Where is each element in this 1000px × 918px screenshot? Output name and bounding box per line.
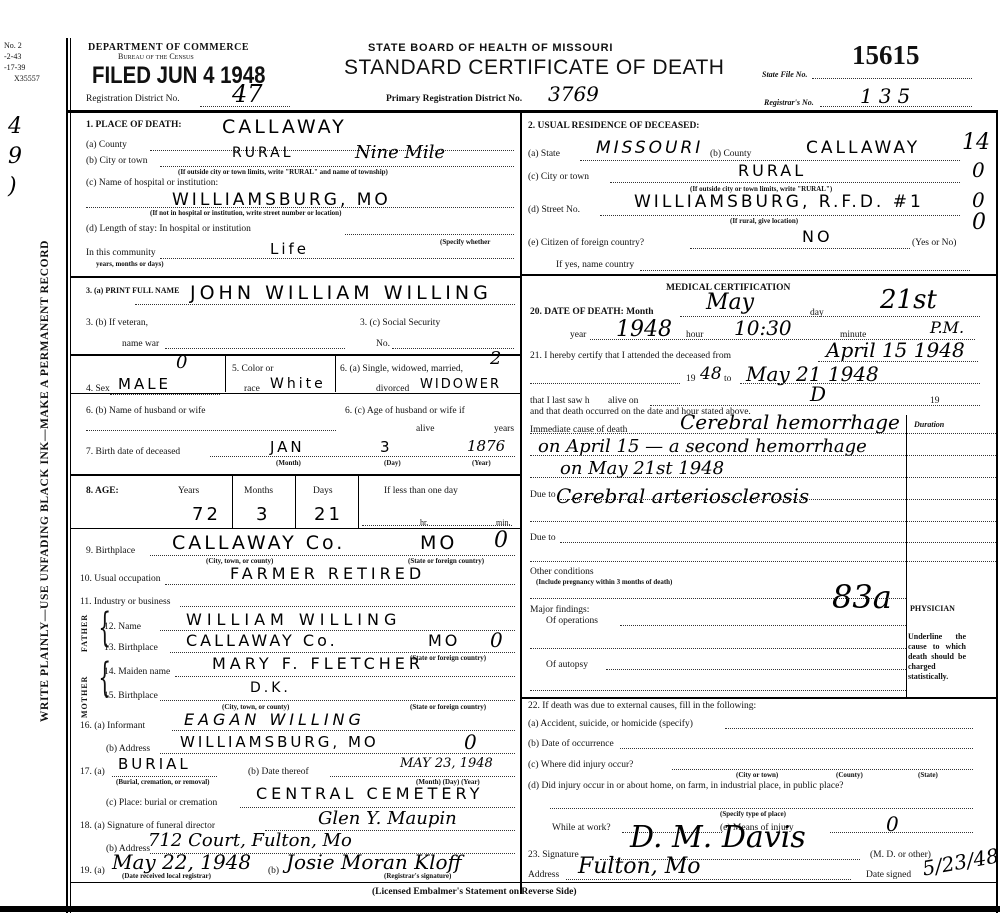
- dotted-line: [550, 808, 973, 809]
- dotted-line: [530, 690, 906, 691]
- dotted-line: [150, 150, 514, 151]
- death-city-label: (b) City or town: [86, 156, 147, 166]
- primary-district-label: Primary Registration District No.: [386, 94, 522, 104]
- residence-heading: 2. USUAL RESIDENCE OF DECEASED:: [528, 121, 699, 131]
- footer-divider: [70, 882, 996, 883]
- immediate-cause-line-3: on May 21st 1948: [560, 458, 724, 479]
- director-address-value: 712 Court, Fulton, Mo: [148, 830, 352, 851]
- attended-year-prefix: 19: [686, 374, 696, 384]
- year-caption: (Year): [472, 459, 491, 467]
- dotted-line: [530, 383, 680, 384]
- sex-value: MALE: [118, 375, 171, 393]
- dotted-line: [560, 542, 996, 543]
- dotted-line: [135, 304, 515, 305]
- registration-district-label: Registration District No.: [86, 94, 180, 104]
- stay-label: (d) Length of stay: In hospital or insti…: [86, 224, 251, 234]
- external-a-label: (a) Accident, suicide, or homicide (spec…: [528, 719, 693, 729]
- to-label: to: [724, 374, 731, 384]
- age-years-header: Years: [178, 486, 199, 496]
- hr-label: hr.: [420, 518, 428, 527]
- state-file-number: 15615: [852, 40, 920, 71]
- years-label: years: [494, 424, 514, 434]
- min-label: min.: [496, 518, 510, 527]
- dotted-line: [530, 521, 996, 522]
- residence-county-code: 14: [962, 130, 990, 155]
- margin-code: -2-43: [4, 51, 40, 62]
- place-caption: (Specify type of place): [720, 810, 786, 818]
- death-county-label: (a) County: [86, 140, 127, 150]
- left-border: [66, 38, 68, 913]
- dotted-line: [112, 776, 217, 777]
- dotted-line: [640, 270, 970, 271]
- father-side-label: FATHER: [80, 614, 89, 652]
- death-ampm: P.M.: [930, 318, 964, 337]
- industry-label: 11. Industry or business: [80, 597, 170, 607]
- age-years-value: 72: [192, 504, 221, 525]
- dotted-line: [530, 561, 996, 562]
- dotted-line: [175, 676, 515, 677]
- duration-label: Duration: [914, 420, 944, 429]
- registrar-sig-label: (b): [268, 866, 279, 876]
- burial-caption: (Burial, cremation, or removal): [116, 778, 210, 786]
- community-label: In this community: [86, 248, 156, 258]
- section-divider: [70, 354, 520, 356]
- dotted-line: [362, 525, 512, 526]
- operations-label: Of operations: [546, 616, 598, 626]
- margin-mark: 4: [8, 112, 22, 142]
- residence-state-value: MISSOURI: [596, 138, 703, 158]
- signature-address-label: Address: [528, 870, 559, 880]
- death-day-value: 21st: [880, 285, 937, 315]
- father-birthplace-city: CALLAWAY Co.: [186, 631, 338, 650]
- section-divider: [70, 276, 520, 278]
- dotted-line: [530, 598, 906, 599]
- dotted-line: [690, 248, 910, 249]
- sex-code: 0: [176, 352, 187, 373]
- caption-city: (City or town): [736, 771, 778, 779]
- birth-day-value: 3: [380, 438, 393, 456]
- signature-label: 23. Signature: [528, 850, 579, 860]
- informant-label: 16. (a) Informant: [80, 721, 145, 731]
- race-label: 5. Color or: [232, 364, 273, 374]
- residence-city-label: (c) City or town: [528, 172, 589, 182]
- dotted-line: [530, 455, 996, 456]
- death-city-note: (If outside city or town limits, write "…: [178, 168, 388, 176]
- dotted-line: [160, 700, 515, 701]
- attended-year-value: 48: [700, 364, 722, 384]
- street-note: (If rural, give location): [730, 217, 798, 225]
- last-saw-suffix: alive on: [608, 396, 638, 406]
- dotted-line: [672, 769, 973, 770]
- section-divider: [70, 393, 520, 394]
- community-value: Life: [270, 240, 309, 258]
- margin-mark: ): [8, 172, 22, 202]
- certify-label: 21. I hereby certify that I attended the…: [530, 351, 731, 361]
- citizen-note: (Yes or No): [912, 238, 956, 248]
- section-divider: [522, 697, 996, 699]
- occupation-value: FARMER RETIRED: [230, 564, 425, 583]
- age-divider: [295, 476, 296, 528]
- dotted-line: [680, 316, 980, 317]
- hospital-note: (If not in hospital or institution, writ…: [150, 209, 341, 217]
- dotted-line: [566, 879, 851, 880]
- dotted-line: [600, 215, 960, 216]
- external-c-label: (c) Where did injury occur?: [528, 760, 633, 770]
- dotted-line: [530, 433, 996, 434]
- age-less-header: If less than one day: [384, 486, 458, 496]
- birthplace-label: 9. Birthplace: [86, 546, 135, 556]
- age-days-value: 21: [314, 504, 343, 525]
- death-city-value: RURAL: [232, 145, 294, 161]
- due-to-label-1: Due to: [530, 490, 556, 500]
- full-name-value: JOHN WILLIAM WILLING: [190, 282, 492, 304]
- section-divider: [70, 528, 520, 529]
- death-county-value: CALLAWAY: [222, 116, 347, 138]
- country-label: If yes, name country: [556, 260, 634, 270]
- sex-divider: [225, 356, 226, 392]
- father-birthplace-label: 13. Birthplace: [104, 643, 158, 653]
- age-label: 8. AGE:: [86, 486, 119, 496]
- marital-code: 2: [490, 348, 501, 369]
- community-note: years, months or days): [96, 260, 164, 268]
- dotted-line: [160, 166, 514, 167]
- death-hour-value: 10:30: [734, 316, 792, 340]
- day-caption: (Day): [384, 459, 401, 467]
- dotted-line: [160, 258, 514, 259]
- informant-address-value: WILLIAMSBURG, MO: [180, 733, 379, 751]
- other-conditions-label: Other conditions: [530, 567, 594, 577]
- birth-date-label: 7. Birth date of deceased: [86, 447, 180, 457]
- dotted-line: [530, 648, 906, 649]
- dotted-line: [345, 234, 514, 235]
- birthplace-state-value: MO: [420, 532, 457, 554]
- center-divider: [520, 112, 522, 894]
- citizen-label: (e) Citizen of foreign country?: [528, 238, 644, 248]
- marital-label: 6. (a) Single, widowed, married,: [340, 364, 463, 374]
- caption-state: (State): [918, 771, 938, 779]
- burial-value: BURIAL: [118, 755, 191, 773]
- bureau-label: Bureau of the Census: [118, 52, 194, 61]
- place-of-death-heading: 1. PLACE OF DEATH:: [86, 120, 182, 130]
- attended-from-value: April 15 1948: [826, 338, 965, 362]
- primary-district-value: 3769: [548, 82, 599, 106]
- street-label: (d) Street No.: [528, 205, 580, 215]
- residence-county-value: CALLAWAY: [806, 138, 920, 158]
- mother-maiden-label: 14. Maiden name: [104, 667, 170, 677]
- birth-year-value: 1876: [467, 437, 505, 455]
- father-birthplace-code: 0: [490, 628, 503, 652]
- marital-value: WIDOWER: [420, 377, 501, 392]
- race-value: White: [270, 376, 326, 392]
- informant-value: EAGAN WILLING: [184, 710, 365, 729]
- signature-address-value: Fulton, Mo: [578, 854, 700, 879]
- spouse-label: 6. (b) Name of husband or wife: [86, 406, 206, 416]
- age-months-header: Months: [244, 486, 273, 496]
- street-code: 0: [972, 188, 985, 212]
- alive-label: alive: [416, 424, 434, 434]
- registrar-caption: (Registrar's signature): [384, 872, 451, 880]
- margin-code: -17-39: [4, 62, 40, 73]
- certificate-title: STANDARD CERTIFICATE OF DEATH: [344, 56, 724, 80]
- dotted-line: [180, 606, 515, 607]
- burial-date-value: MAY 23, 1948: [400, 756, 493, 771]
- dotted-line: [620, 625, 906, 626]
- race-divider: [335, 356, 336, 392]
- ss-label: 3. (c) Social Security: [360, 318, 440, 328]
- registrar-no-value: 135: [860, 84, 916, 108]
- received-caption: (Date received local registrar): [122, 872, 211, 880]
- father-birthplace-state: MO: [428, 631, 460, 650]
- major-findings-label: Major findings:: [530, 605, 589, 615]
- age-days-header: Days: [313, 486, 333, 496]
- registrar-no-line: [820, 106, 972, 107]
- underline-note: Underline the cause to which death shoul…: [908, 632, 966, 682]
- dotted-line: [110, 394, 220, 395]
- informant-address-label: (b) Address: [106, 744, 150, 754]
- state-file-label: State File No.: [762, 70, 808, 79]
- embalmer-note: (Licensed Embalmer's Statement on Revers…: [372, 887, 576, 897]
- date-signed-value: 5/23/48: [921, 843, 1000, 880]
- cause-code-value: 83a: [832, 578, 892, 616]
- dotted-line: [200, 106, 290, 107]
- birthplace-code: 0: [494, 528, 508, 553]
- autopsy-label: Of autopsy: [546, 660, 588, 670]
- age-divider: [232, 476, 233, 528]
- caption-county: (County): [836, 771, 863, 779]
- mother-birthplace-value: D.K.: [250, 680, 291, 696]
- state-file-line: [812, 78, 972, 79]
- received-label: 19. (a): [80, 866, 105, 876]
- physician-label: PHYSICIAN: [910, 604, 955, 613]
- due-to-value-1: Cerebral arteriosclerosis: [556, 484, 809, 508]
- age-divider: [358, 476, 359, 528]
- dotted-line: [725, 728, 973, 729]
- external-heading: 22. If death was due to external causes,…: [528, 701, 756, 711]
- duration-divider: [906, 415, 907, 697]
- board-label: STATE BOARD OF HEALTH OF MISSOURI: [368, 42, 613, 54]
- burial-place-value: CENTRAL CEMETERY: [256, 784, 483, 803]
- registration-district-value: 47: [232, 80, 263, 108]
- citizen-value: NO: [802, 227, 833, 246]
- last-saw-value: D: [810, 382, 826, 406]
- informant-address-code: 0: [464, 730, 477, 754]
- ss-no-label: No.: [376, 339, 390, 349]
- veteran-label: 3. (b) If veteran,: [86, 318, 148, 328]
- margin-handwritten-marks: 4 9 ): [8, 112, 22, 202]
- death-date-label: 20. DATE OF DEATH: Month: [530, 307, 654, 317]
- mother-side-label: MOTHER: [80, 676, 89, 718]
- registrar-no-label: Registrar's No.: [764, 98, 814, 107]
- hospital-label: (c) Name of hospital or institution:: [86, 178, 218, 188]
- dotted-line: [330, 776, 515, 777]
- residence-city-value: RURAL: [738, 161, 806, 180]
- dotted-line: [610, 182, 960, 183]
- immediate-cause-line-2: on April 15 — a second hemorrhage: [538, 436, 867, 457]
- death-township-value: Nine Mile: [355, 142, 445, 163]
- dotted-line: [830, 832, 973, 833]
- physician-signature: D. M. Davis: [630, 820, 806, 855]
- war-label: name war: [122, 339, 159, 349]
- date-signed-label: Date signed: [866, 870, 911, 880]
- work-label: While at work?: [552, 823, 611, 833]
- external-d-label: (d) Did injury occur in or about home, o…: [528, 781, 844, 791]
- received-date-value: May 22, 1948: [112, 850, 251, 874]
- dotted-line: [210, 456, 515, 457]
- due-to-label-2: Due to: [530, 533, 556, 543]
- mother-state-caption: (State or foreign country): [410, 703, 486, 711]
- street-value: WILLIAMSBURG, R.F.D. #1: [634, 192, 924, 212]
- birthplace-city-value: CALLAWAY Co.: [172, 532, 345, 554]
- age-months-value: 3: [256, 504, 270, 525]
- full-name-label: 3. (a) PRINT FULL NAME: [86, 287, 136, 295]
- dotted-line: [86, 430, 336, 431]
- birth-month-value: JAN: [270, 438, 305, 456]
- residence-city-code: 0: [972, 158, 985, 182]
- dotted-line: [165, 348, 345, 349]
- dotted-line: [740, 383, 980, 384]
- dotted-line: [606, 669, 906, 670]
- burial-label: 17. (a): [80, 767, 105, 777]
- dotted-line: [620, 748, 973, 749]
- right-border: [996, 110, 998, 913]
- dotted-line: [170, 652, 515, 653]
- residence-state-label: (a) State: [528, 149, 560, 159]
- spouse-age-label: 6. (c) Age of husband or wife if: [345, 406, 465, 416]
- last-saw-label: that I last saw h: [530, 396, 590, 406]
- death-month-value: May: [706, 290, 754, 315]
- other-conditions-note: (Include pregnancy within 3 months of de…: [536, 578, 672, 586]
- registrar-signature: Josie Moran Kloff: [286, 850, 462, 874]
- section-divider: [522, 274, 996, 276]
- occupation-label: 10. Usual occupation: [80, 574, 160, 584]
- stay-specify-note: (Specify whether: [440, 238, 490, 246]
- residence-county-label: (b) County: [710, 149, 751, 159]
- immediate-cause-line-1: Cerebral hemorrhage: [680, 410, 900, 434]
- citizen-code: 0: [972, 210, 986, 235]
- burial-place-label: (c) Place: burial or cremation: [106, 798, 217, 808]
- bottom-border: [0, 906, 1000, 912]
- burial-date-label: (b) Date thereof: [248, 767, 309, 777]
- dotted-line: [560, 499, 996, 500]
- margin-codes: No. 2 -2-43 -17-39 X35557: [4, 40, 40, 84]
- dotted-line: [160, 753, 515, 754]
- year-label: year: [570, 330, 586, 340]
- dotted-line: [86, 207, 514, 208]
- margin-code: X35557: [4, 73, 40, 84]
- director-signature: Glen Y. Maupin: [318, 808, 457, 829]
- dotted-line: [150, 555, 515, 556]
- mother-birthplace-label: 15. Birthplace: [104, 691, 158, 701]
- father-name-value: WILLIAM WILLING: [186, 610, 401, 629]
- father-name-label: 12. Name: [104, 622, 141, 632]
- dotted-line: [650, 405, 980, 406]
- month-caption: (Month): [276, 459, 301, 467]
- external-b-label: (b) Date of occurrence: [528, 739, 614, 749]
- dotted-line: [530, 477, 996, 478]
- margin-code: No. 2: [4, 40, 40, 51]
- header-divider: [66, 110, 998, 113]
- mother-maiden-value: MARY F. FLETCHER: [212, 654, 424, 673]
- vertical-ink-notice: WRITE PLAINLY—USE UNFADING BLACK INK—MAK…: [39, 101, 51, 861]
- dotted-line: [165, 584, 515, 585]
- margin-mark: 9: [8, 142, 22, 172]
